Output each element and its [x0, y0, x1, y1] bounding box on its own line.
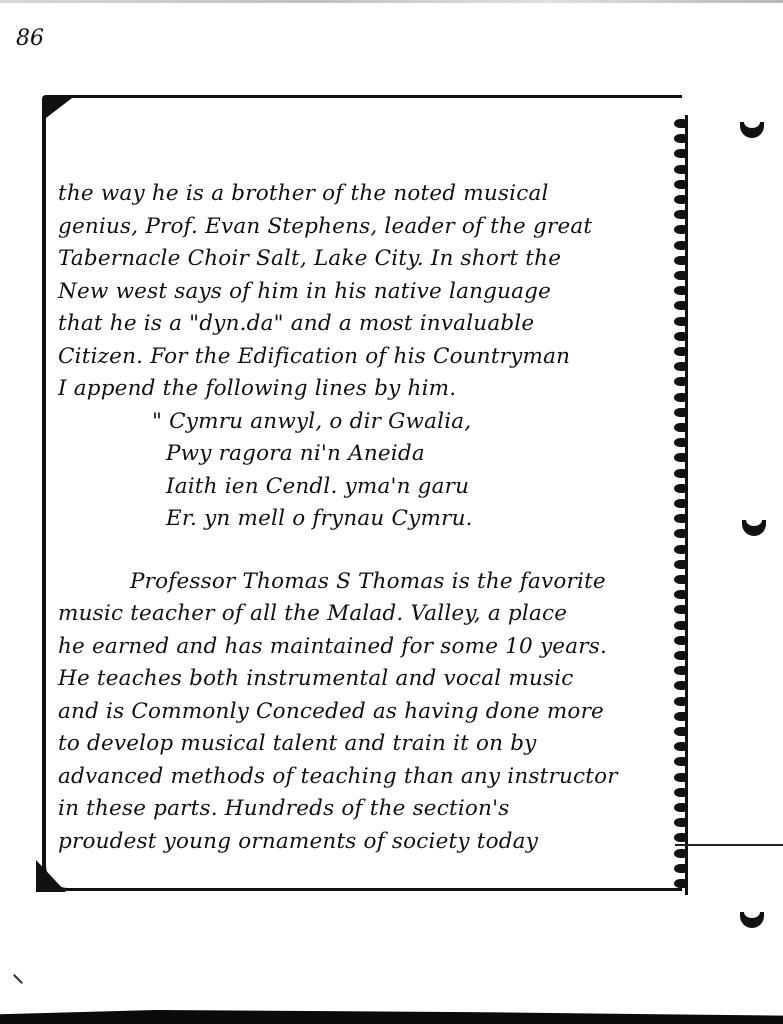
- spiral-coil: [674, 742, 686, 751]
- spiral-coil: [674, 271, 686, 280]
- spiral-coil: [674, 560, 686, 569]
- text-line: the way he is a brother of the noted mus…: [58, 178, 668, 211]
- spiral-coil: [674, 165, 686, 174]
- text-line: Citizen. For the Edification of his Coun…: [58, 341, 668, 374]
- binder-hole-icon: [740, 122, 764, 138]
- spiral-coil: [674, 393, 686, 402]
- text-line: I append the following lines by him.: [58, 373, 668, 406]
- paragraph-gap: [58, 536, 668, 566]
- spiral-coil: [674, 469, 686, 478]
- poem-line: Pwy ragora ni'n Aneida: [166, 438, 668, 471]
- poem-line: Iaith ien Cendl. yma'n garu: [166, 471, 668, 504]
- spiral-coil: [674, 803, 686, 812]
- spiral-coil: [674, 666, 686, 675]
- binder-hole-icon: [742, 520, 766, 536]
- spiral-coil: [674, 849, 686, 858]
- spiral-coil: [674, 590, 686, 599]
- text-line: in these parts. Hundreds of the section'…: [58, 793, 668, 826]
- text-line: he earned and has maintained for some 10…: [58, 631, 668, 664]
- spiral-coil: [674, 301, 686, 310]
- text-line: New west says of him in his native langu…: [58, 276, 668, 309]
- text-line: He teaches both instrumental and vocal m…: [58, 663, 668, 696]
- spiral-coil: [674, 347, 686, 356]
- spiral-coil: [674, 438, 686, 447]
- paragraph-1: the way he is a brother of the noted mus…: [58, 178, 668, 406]
- text-line: proudest young ornaments of society toda…: [58, 826, 668, 859]
- spiral-coil: [674, 195, 686, 204]
- handwritten-text: the way he is a brother of the noted mus…: [58, 178, 668, 858]
- spiral-coil: [674, 773, 686, 782]
- horizontal-rule-mark: [675, 844, 783, 846]
- text-line: advanced methods of teaching than any in…: [58, 761, 668, 794]
- spiral-coil: [674, 362, 686, 371]
- spiral-coil: [674, 241, 686, 250]
- spiral-coil: [674, 879, 686, 888]
- spiral-coil: [674, 575, 686, 584]
- spiral-coil: [674, 317, 686, 326]
- spiral-coil: [674, 621, 686, 630]
- spiral-coil: [674, 757, 686, 766]
- text-line: and is Commonly Conceded as having done …: [58, 696, 668, 729]
- stray-scan-mark: [13, 974, 23, 984]
- spiral-coil: [674, 651, 686, 660]
- spiral-coil: [674, 727, 686, 736]
- spiral-coil: [674, 864, 686, 873]
- text-line: Tabernacle Choir Salt, Lake City. In sho…: [58, 243, 668, 276]
- spiral-coil: [674, 423, 686, 432]
- spiral-coil: [674, 529, 686, 538]
- paragraph-2: Professor Thomas S Thomas is the favorit…: [58, 566, 668, 859]
- spiral-coil: [674, 377, 686, 386]
- text-line: genius, Prof. Evan Stephens, leader of t…: [58, 211, 668, 244]
- spiral-coil: [674, 408, 686, 417]
- spiral-coil: [674, 636, 686, 645]
- scan-bottom-edge: [0, 1010, 783, 1024]
- spiral-coil: [674, 681, 686, 690]
- spiral-coil: [674, 697, 686, 706]
- spiral-coil: [674, 712, 686, 721]
- binder-hole-icon: [740, 912, 764, 928]
- spiral-coil: [674, 134, 686, 143]
- poem-line: " Cymru anwyl, o dir Gwalia,: [152, 406, 668, 439]
- page-number: 86: [16, 26, 44, 51]
- spiral-coil: [674, 119, 686, 128]
- spiral-coil: [674, 332, 686, 341]
- spiral-coil: [674, 514, 686, 523]
- text-line: music teacher of all the Malad. Valley, …: [58, 598, 668, 631]
- spiral-coil: [674, 286, 686, 295]
- spiral-coil: [674, 545, 686, 554]
- poem-line: Er. yn mell o frynau Cymru.: [166, 503, 668, 536]
- spiral-binding: [672, 115, 692, 895]
- text-line: that he is a "dyn.da" and a most invalua…: [58, 308, 668, 341]
- spiral-coil: [674, 225, 686, 234]
- spiral-coil: [674, 499, 686, 508]
- spiral-coil: [674, 818, 686, 827]
- spiral-coil: [674, 484, 686, 493]
- spiral-coil: [674, 453, 686, 462]
- spiral-coil: [674, 180, 686, 189]
- spiral-coil: [674, 210, 686, 219]
- spiral-coil: [674, 788, 686, 797]
- welsh-poem: " Cymru anwyl, o dir Gwalia, Pwy ragora …: [166, 406, 668, 536]
- spiral-coil: [674, 833, 686, 842]
- scan-top-edge: [0, 0, 783, 3]
- spiral-coil: [674, 256, 686, 265]
- text-line: to develop musical talent and train it o…: [58, 728, 668, 761]
- spiral-coil: [674, 605, 686, 614]
- text-line: Professor Thomas S Thomas is the favorit…: [58, 566, 668, 599]
- spiral-coil: [674, 149, 686, 158]
